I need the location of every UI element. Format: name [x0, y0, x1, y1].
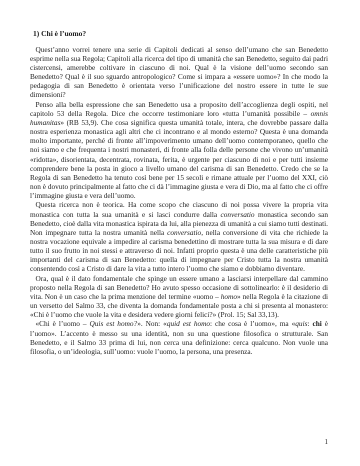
page-content: 1) Chi è l’uomo? Quest’anno vorrei tener…: [30, 29, 328, 356]
bold-text-run: chi: [312, 319, 321, 328]
italic-text-run: conversatio: [167, 228, 201, 237]
italic-text-run: quis: [295, 319, 307, 328]
text-run: Penso alla bella espressione che san Ben…: [30, 100, 328, 118]
page-paragraphs: Quest’anno vorrei tenere una serie di Ca…: [30, 45, 328, 356]
paragraph: Penso alla bella espressione che san Ben…: [30, 100, 328, 201]
italic-text-run: conversatio: [221, 210, 255, 219]
text-run: » (RB 53,9). Che cosa significa questa u…: [30, 118, 328, 200]
italic-text-run: quid est homo: [167, 319, 210, 328]
paragraph: «Chi è l’uomo – Quis est homo?». Non: «q…: [30, 319, 328, 356]
page-title: 1) Chi è l’uomo?: [30, 29, 328, 38]
page-number: 1: [325, 438, 329, 447]
text-run: Quest’anno vorrei tenere una serie di Ca…: [30, 45, 328, 100]
paragraph: Ora, qual è il dato fondamentale che spi…: [30, 274, 328, 320]
paragraph: Quest’anno vorrei tenere una serie di Ca…: [30, 45, 328, 100]
italic-text-run: Quis est homo?: [90, 319, 138, 328]
italic-text-run: homo: [221, 292, 237, 301]
paragraph: Questa ricerca non è teorica. Ha come sc…: [30, 200, 328, 273]
text-run: ». Non: «: [137, 319, 167, 328]
text-run: : che cosa è l’uomo», ma «: [210, 319, 295, 328]
document-page: 1) Chi è l’uomo? Quest’anno vorrei tener…: [0, 0, 360, 466]
text-run: «Chi è l’uomo –: [36, 319, 90, 328]
